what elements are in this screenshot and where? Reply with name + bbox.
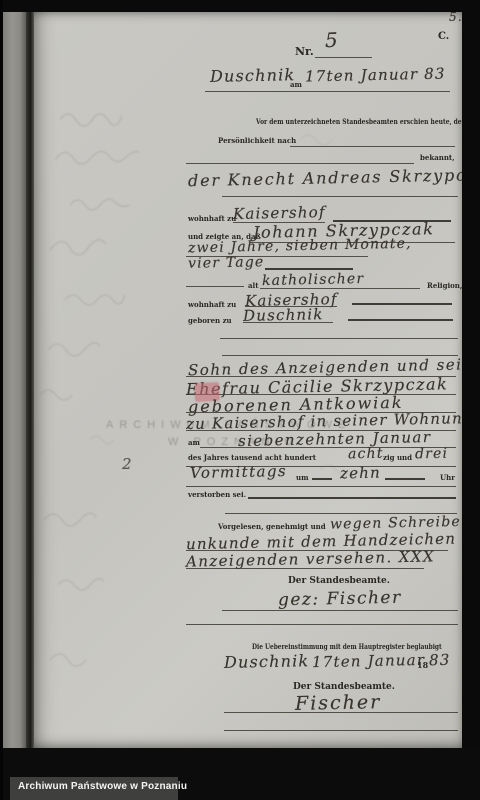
age-line2: vier Tage <box>188 254 265 272</box>
copy-letter: C. <box>438 31 449 42</box>
declarant-residence: Kaisershof <box>233 203 326 223</box>
rule <box>186 163 414 164</box>
certification-year-hand: 83 <box>429 651 451 669</box>
certification-year-printed: 18 <box>417 660 428 670</box>
rule <box>205 91 450 92</box>
wohnhaft-label-2: wohnhaft zu <box>188 300 236 309</box>
year-hand1: acht <box>348 446 384 463</box>
religion-label: Religion, <box>427 281 462 290</box>
am-label: am <box>188 438 200 447</box>
book-gutter <box>26 12 34 748</box>
record-number-label: Nr. <box>295 45 314 58</box>
rule <box>224 712 458 713</box>
year-hand2: drei <box>415 446 449 463</box>
heading-am-label: am <box>290 80 302 89</box>
archive-footer-label: Archiwum Państwowe w Poznaniu <box>18 781 187 792</box>
rule <box>186 624 458 625</box>
page-corner-number: 5. <box>449 10 463 24</box>
bekannt-label: bekannt, <box>420 153 455 162</box>
dash-stroke <box>348 319 453 321</box>
certification-date: 17ten Januar <box>312 651 426 671</box>
registrar-signature-1: gez: Fischer <box>278 588 402 611</box>
time-of-day: Vormittags <box>190 462 287 482</box>
intro-line1: Vor dem unterzeichneten Standesbeamten e… <box>256 117 480 126</box>
margin-note: 2 <box>122 455 133 473</box>
rule <box>222 196 458 197</box>
record-number-value: 5 <box>325 28 339 52</box>
rule <box>248 497 456 499</box>
attestation-printed: Vorgelesen, genehmigt und <box>218 522 326 531</box>
intro-line2: Persönlichkeit nach <box>218 136 296 145</box>
rule <box>290 146 455 147</box>
dash-stroke <box>265 268 353 270</box>
rule <box>224 730 458 731</box>
dash-stroke <box>312 478 332 480</box>
registrar-title-1: Der Standesbeamte. <box>288 576 390 586</box>
scan-border-right <box>462 0 480 800</box>
previous-page-edge <box>3 12 26 748</box>
certification-place: Duschnik <box>224 651 310 672</box>
rule <box>260 288 420 289</box>
rule <box>220 338 458 339</box>
rule <box>315 57 372 58</box>
scan-border-top <box>0 0 480 12</box>
alt-label: alt <box>248 281 258 290</box>
um-label: um <box>296 473 309 482</box>
year-label: des Jahres tausend acht hundert <box>188 453 316 462</box>
rule <box>186 286 244 287</box>
year-mid-label: zig und <box>383 453 412 462</box>
time-hour: zehn <box>340 464 381 483</box>
archival-scan: ARCHIWUM PAŃSTWOWE W POZNANIU 5. C. Nr. … <box>0 0 480 800</box>
religion-value: katholischer <box>262 271 365 289</box>
certification-line: Die Uebereinstimmung mit dem Hauptregist… <box>252 642 480 651</box>
dash-stroke <box>385 478 425 480</box>
geboren-label: geboren zu <box>188 316 232 325</box>
heading-place: Duschnik <box>210 65 296 86</box>
verstorben-label: verstorben sei. <box>188 490 246 499</box>
rule <box>186 486 456 487</box>
wohnhaft-label-1: wohnhaft zu <box>188 214 236 223</box>
uhr-label: Uhr <box>440 473 455 482</box>
rule <box>222 610 458 611</box>
rule <box>243 322 333 323</box>
scan-border-left <box>0 0 3 800</box>
dash-stroke <box>352 303 452 305</box>
rule <box>186 568 424 569</box>
heading-date: 17ten Januar 83 <box>305 65 446 86</box>
